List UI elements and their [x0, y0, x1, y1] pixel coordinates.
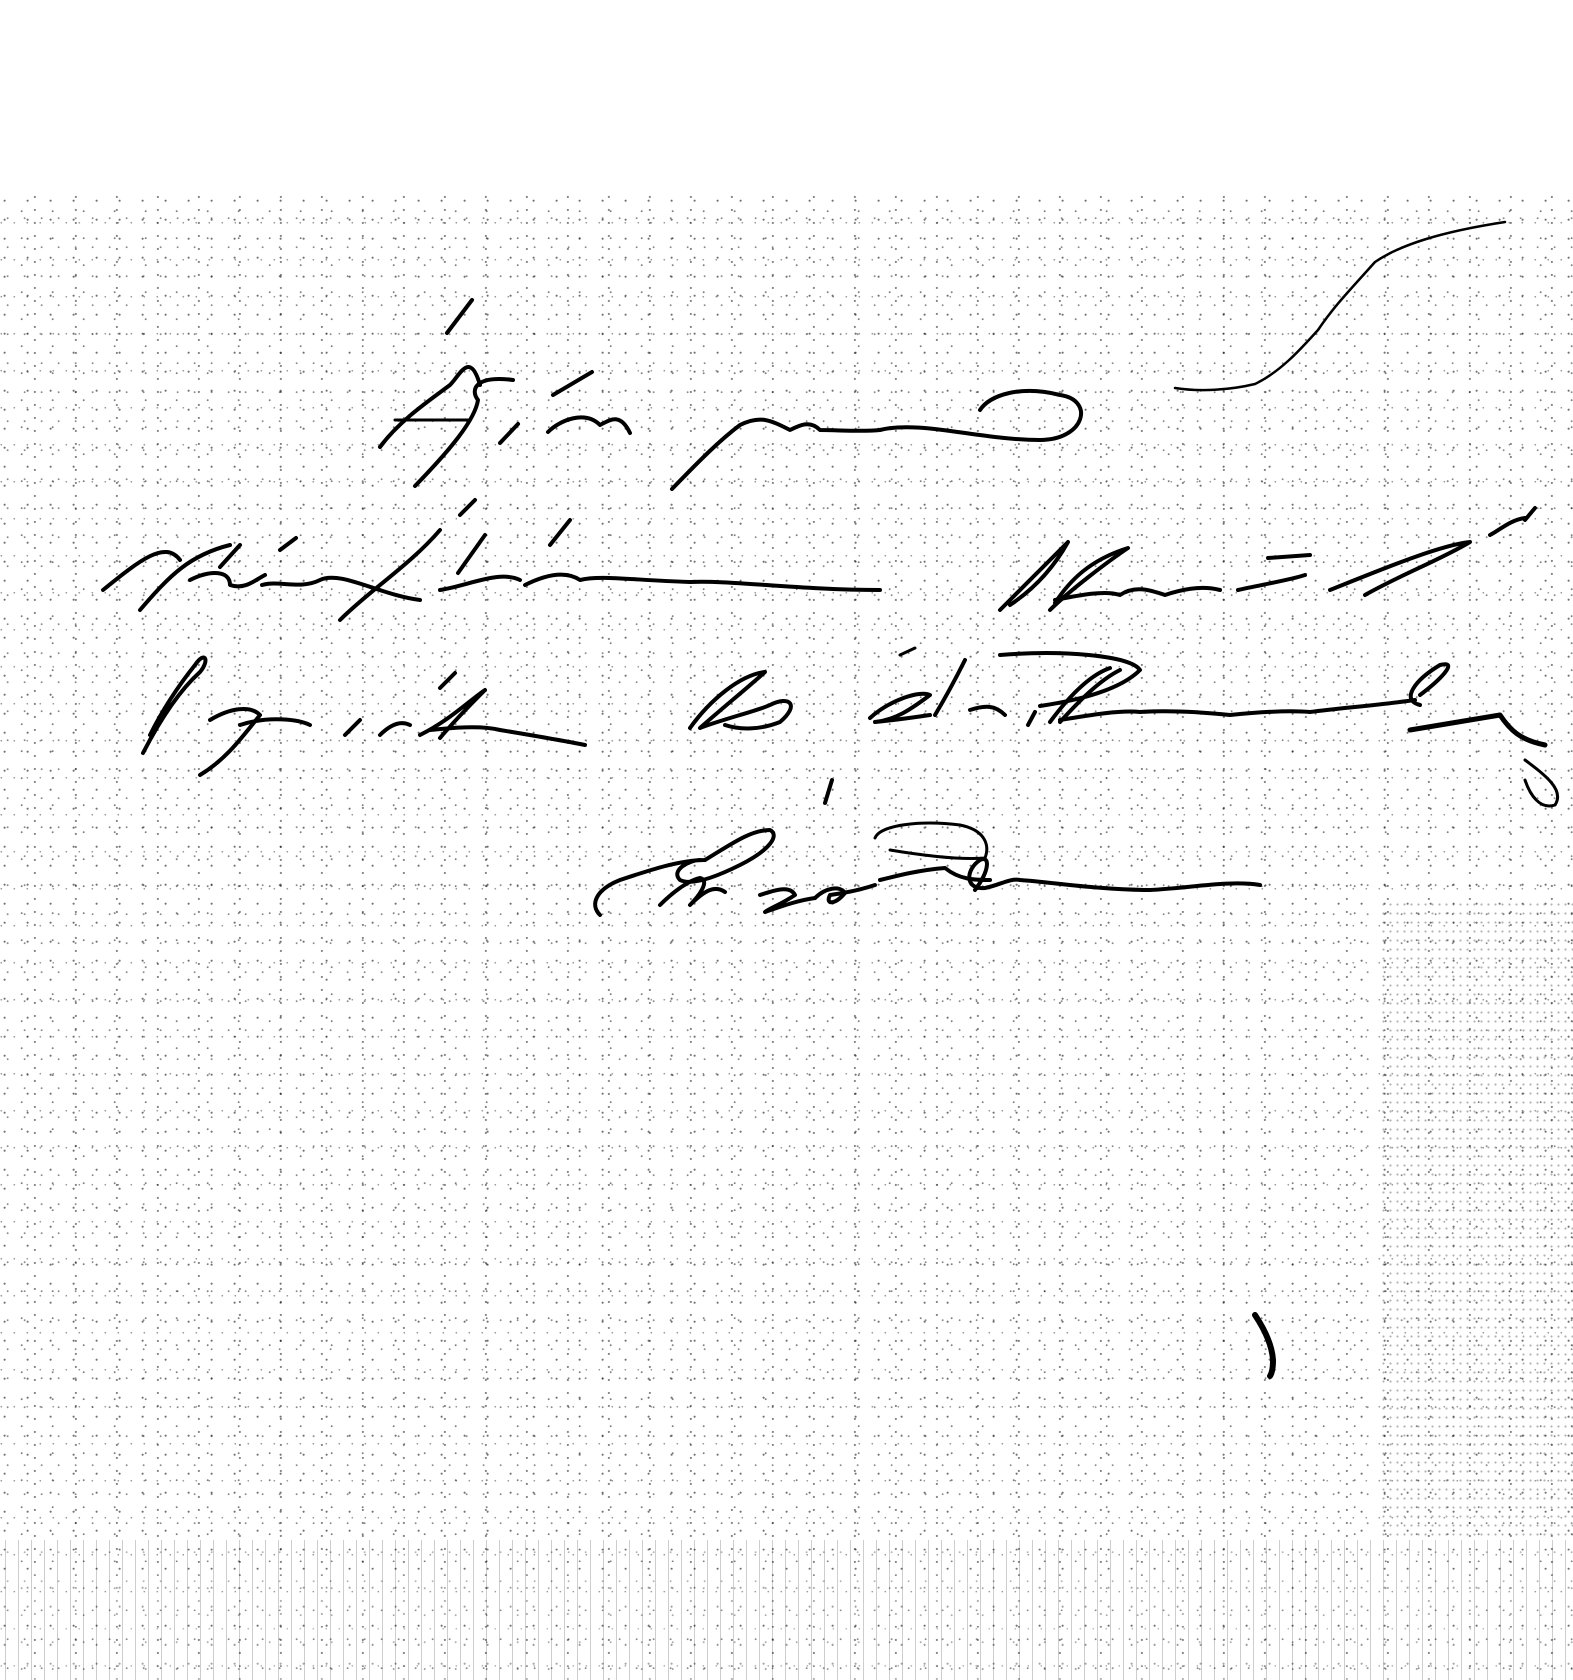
handwriting-line-4 [595, 780, 1260, 915]
handwriting-line-2 [103, 500, 1535, 620]
torn-edge [1175, 222, 1505, 390]
handwriting-line-3 [143, 648, 1558, 806]
stray-ink-mark [1255, 1315, 1273, 1376]
handwriting-layer [0, 0, 1573, 1680]
handwriting-line-1 [380, 300, 1081, 489]
